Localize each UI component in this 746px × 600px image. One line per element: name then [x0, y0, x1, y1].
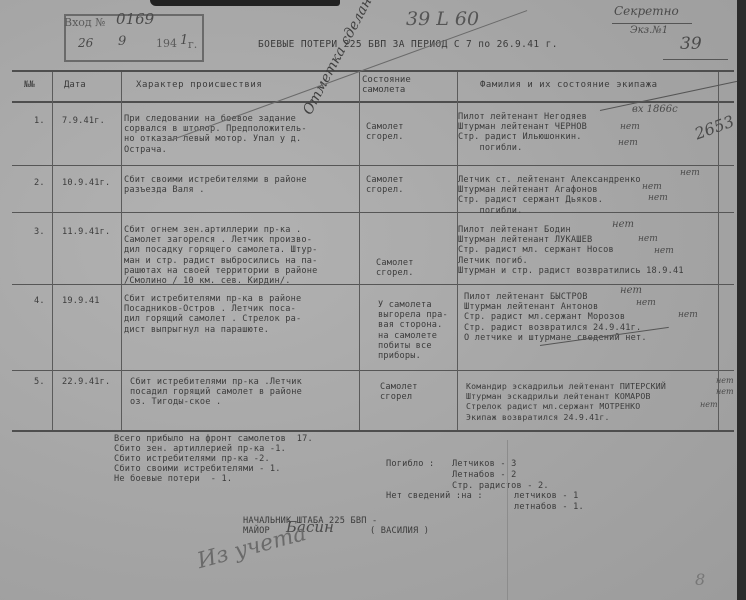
- stamp-year-unit: г.: [188, 38, 197, 51]
- header-num: №№: [24, 80, 35, 90]
- table-row-5-aircraft: Самолет сгорел: [380, 382, 418, 402]
- row-2-annotation: нет: [680, 168, 700, 178]
- killed-line: Стр. радистов - 2.: [452, 481, 549, 491]
- table-row-2-crew: Летчик ст. лейтенант Александренко Штурм…: [458, 175, 641, 216]
- column-divider: [359, 72, 360, 430]
- row-3-annotation: нет: [612, 219, 634, 230]
- row-5-annotation: нет: [716, 376, 734, 385]
- secrecy-mark: Секретно: [614, 4, 679, 18]
- table-row-3-date: 11.9.41г.: [62, 227, 110, 237]
- table-row-5-crew: Командир эскадрильи лейтенант ПИТЕРСКИЙ …: [466, 381, 666, 422]
- underline: [663, 59, 728, 60]
- stamp-number: 0169: [116, 10, 154, 28]
- document-title: БОЕВЫЕ ПОТЕРИ 225 БВП ЗА ПЕРИОД С 7 по 2…: [258, 39, 558, 50]
- table-row-4-crew: Пилот лейтенант БЫСТРОВ Штурман лейтенан…: [464, 292, 647, 343]
- stamp-label: Вход №: [64, 16, 106, 29]
- table-row-3-num: 3.: [34, 227, 45, 237]
- table-row-1-aircraft: Самолет сгорел.: [366, 122, 404, 142]
- header-crew: Фамилия и их состояние экипажа: [480, 80, 658, 90]
- signature-name: ( ВАСИЛИЯ ): [370, 526, 429, 536]
- table-row-1-crew: Пилот лейтенант Негодяев Штурман лейтена…: [458, 112, 587, 153]
- row-2-annotation: нет: [648, 193, 668, 203]
- scan-edge: [737, 0, 746, 600]
- missing-label: Нет сведений :на :: [386, 491, 483, 501]
- diagonal-note: Отметка сделана: [300, 0, 379, 118]
- fold-line: [507, 440, 508, 600]
- copy-mark: Экз.№1: [630, 25, 668, 36]
- page-number: 39: [680, 34, 702, 54]
- row-4-annotation: нет: [620, 285, 642, 296]
- table-row-4-date: 19.9.41: [62, 296, 100, 306]
- document-page: Вход № 0169 26 9 194 1 г. Секретно Экз.№…: [0, 0, 737, 600]
- column-divider: [52, 72, 53, 430]
- row-1-annotation: нет: [620, 122, 640, 132]
- summary-line: Сбито зен. артиллерией пр-ка -1.: [114, 444, 286, 454]
- table-row-3-crew: Пилот лейтенант Бодин Штурман лейтенант …: [458, 225, 684, 276]
- missing-line: летчиков - 1: [514, 491, 579, 501]
- column-divider: [121, 72, 122, 430]
- summary-line: Не боевые потери - 1.: [114, 474, 232, 484]
- row-3-annotation: нет: [654, 246, 674, 256]
- table-row-2-nature: Сбит своими истребителями в районе разъе…: [124, 175, 307, 195]
- header-date: Дата: [64, 80, 86, 90]
- underline: [612, 23, 692, 24]
- table-row-2-aircraft: Самолет сгорел.: [366, 175, 404, 195]
- row-1-annotation: вх 1866с: [632, 104, 678, 115]
- header-nature: Характер происшествия: [136, 80, 262, 90]
- row-1-annotation: 2653: [692, 112, 737, 144]
- table-row-5-date: 22.9.41г.: [62, 377, 110, 387]
- corner-mark: 8: [695, 570, 705, 589]
- row-4-annotation: нет: [678, 310, 698, 320]
- summary-line: Сбито своими истребителями - 1.: [114, 464, 281, 474]
- header-aircraft: Состояние самолета: [362, 75, 411, 95]
- table-row-1-nature: При следовании на боевое задание сорвалс…: [124, 114, 307, 155]
- row-3-annotation: нет: [638, 234, 658, 244]
- incoming-stamp: Вход № 0169 26 9 194 1 г.: [64, 14, 204, 62]
- row-5-annotation: нет: [700, 400, 718, 409]
- summary-line: Сбито истребителями пр-ка -2.: [114, 454, 270, 464]
- table-row-5-num: 5.: [34, 377, 45, 387]
- table-row-5-nature: Сбит истребителями пр-ка .Летчик посадил…: [130, 377, 302, 408]
- scan-shadow: [150, 0, 340, 6]
- summary-line: Всего прибыло на фронт самолетов 17.: [114, 434, 313, 444]
- table-row-2-date: 10.9.41г.: [62, 178, 110, 188]
- row-2-annotation: нет: [642, 182, 662, 192]
- table-row-4-num: 4.: [34, 296, 45, 306]
- row-4-annotation: нет: [636, 298, 656, 308]
- table-row-3-aircraft: Самолет сгорел.: [376, 258, 414, 278]
- table-row-4-nature: Сбит истребителями пр-ка в районе Посадн…: [124, 294, 301, 335]
- table-row-3-nature: Сбит огнем зен.артиллерии пр-ка . Самоле…: [124, 225, 317, 286]
- table-bottom-border: [12, 430, 734, 432]
- stamp-month: 9: [118, 34, 126, 49]
- table-row-1-num: 1.: [34, 116, 45, 126]
- killed-label: Погибло :: [386, 459, 434, 469]
- table-row-4-aircraft: У самолета выгорела пра- вая сторона. на…: [378, 300, 448, 361]
- stamp-year: 194: [156, 37, 177, 50]
- row-5-annotation: нет: [716, 387, 734, 396]
- stamp-day: 26: [78, 36, 93, 50]
- table-row-2-num: 2.: [34, 178, 45, 188]
- missing-line: летнабов - 1.: [514, 502, 584, 512]
- top-handwritten-code: 39 L 60: [406, 8, 479, 30]
- table-row-1-date: 7.9.41г.: [62, 116, 105, 126]
- row-1-annotation: нет: [618, 138, 638, 148]
